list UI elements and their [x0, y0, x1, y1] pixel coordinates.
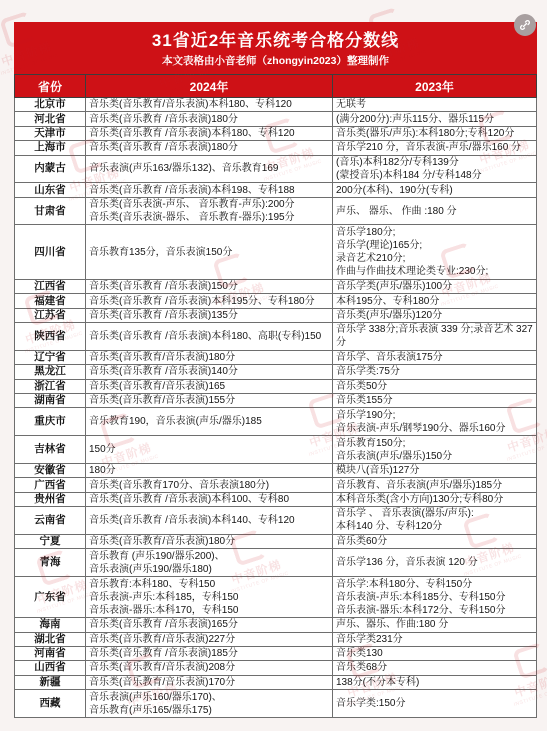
province-cell: 甘肃省 [15, 197, 86, 225]
column-header-2024: 2024年 [86, 75, 333, 98]
table-row: 河北省音乐类(音乐教育 /音乐表演)180分(满分200分):声乐115分、器乐… [15, 112, 537, 126]
cell-line: 音乐类(音乐教育 /音乐表演)185分 [89, 647, 329, 660]
cell-line: 音乐类(音乐教育 /音乐表演)本科180、专科120 [89, 127, 329, 140]
page-title: 31省近2年音乐统考合格分数线 [18, 30, 533, 52]
cell-line: 音乐教育:本科180、专科150 [89, 578, 329, 591]
table-row: 江西省音乐类(音乐教育 /音乐表演)150分音乐学类(声乐/器乐)100分 [15, 279, 537, 293]
score-2023-cell: 音乐学类231分 [333, 632, 537, 646]
cell-line: 音乐学136 分，音乐表演 120 分 [336, 556, 533, 569]
score-2024-cell: 音乐类(音乐教育 /音乐表演)185分 [86, 646, 333, 660]
score-2024-cell: 音乐表演(声乐160/器乐170)、音乐教育(声乐165/器乐175) [86, 690, 333, 718]
province-cell: 浙江省 [15, 379, 86, 393]
table-row: 福建省音乐类(音乐教育 /音乐表演)本科195分、专科180分本科195分、专科… [15, 294, 537, 308]
score-table: 省份 2024年 2023年 北京市音乐类(音乐教育/音乐表演)本科180、专科… [14, 74, 537, 718]
score-2023-cell: 音乐学180分;音乐学(理论)165分;录音艺术210分;作曲与作曲技术理论类专… [333, 225, 537, 279]
cell-line: (满分200分):声乐115分、器乐115分 [336, 113, 533, 126]
cell-line: 音乐学类:75分 [336, 365, 533, 378]
score-2024-cell: 音乐类(音乐教育 /音乐表演)本科100、专科80 [86, 492, 333, 506]
cell-line: 音乐类(音乐表演-器乐、 音乐教育-器乐):195分 [89, 211, 329, 224]
score-2023-cell: 无联考 [333, 98, 537, 112]
table-row: 甘肃省音乐类(音乐表演-声乐、 音乐教育-声乐):200分音乐类(音乐表演-器乐… [15, 197, 537, 225]
score-2024-cell: 150分 [86, 436, 333, 464]
province-cell: 广西省 [15, 478, 86, 492]
score-2023-cell: (满分200分):声乐115分、器乐115分 [333, 112, 537, 126]
score-table-grid: 省份 2024年 2023年 北京市音乐类(音乐教育/音乐表演)本科180、专科… [14, 74, 537, 718]
cell-line: 200分(本科)、190分(专科) [336, 184, 533, 197]
cell-line: 作曲与作曲技术理论类专业:230分; [336, 265, 533, 278]
score-2024-cell: 音乐类(音乐教育 /音乐表演)135分 [86, 308, 333, 322]
score-2024-cell: 音乐类(音乐教育/音乐表演)155分 [86, 394, 333, 408]
table-row: 云南省音乐类(音乐教育 /音乐表演)本科140、专科120音乐学 、 音乐表演(… [15, 507, 537, 535]
score-2024-cell: 音乐类(音乐教育 /音乐表演)180分 [86, 141, 333, 155]
score-2023-cell: 音乐学210 分，音乐表演-声乐/器乐160 分 [333, 141, 537, 155]
province-cell: 贵州省 [15, 492, 86, 506]
cell-line: 音乐学类(声乐/器乐)100分 [336, 280, 533, 293]
score-2023-cell: 音乐类155分 [333, 394, 537, 408]
score-2024-cell: 180分 [86, 463, 333, 477]
province-cell: 重庆市 [15, 408, 86, 436]
cell-line: 音乐类(音乐教育 /音乐表演)140分 [89, 365, 329, 378]
table-row: 重庆市音乐教育190，音乐表演(声乐/器乐)185音乐学190分;音乐表演-声乐… [15, 408, 537, 436]
link-icon [519, 19, 531, 31]
score-2023-cell: 音乐类68分 [333, 661, 537, 675]
score-2023-cell: 138分(不分本专科) [333, 675, 537, 689]
column-header-province: 省份 [15, 75, 86, 98]
table-row: 贵州省音乐类(音乐教育 /音乐表演)本科100、专科80本科音乐类(含小方向)1… [15, 492, 537, 506]
table-row: 河南省音乐类(音乐教育 /音乐表演)185分音乐类130 [15, 646, 537, 660]
province-cell: 新疆 [15, 675, 86, 689]
score-2024-cell: 音乐类(音乐教育/音乐表演)227分 [86, 632, 333, 646]
score-2024-cell: 音乐类(音乐教育 /音乐表演)本科195分、专科180分 [86, 294, 333, 308]
province-cell: 云南省 [15, 507, 86, 535]
score-2024-cell: 音乐教育:本科180、专科150音乐表演-声乐:本科185，专科150音乐表演-… [86, 576, 333, 617]
score-2023-cell: 音乐教育150分;音乐表演(声乐/器乐)150分 [333, 436, 537, 464]
table-row: 新疆音乐类(音乐教育/音乐表演)170分138分(不分本专科) [15, 675, 537, 689]
table-header-row: 省份 2024年 2023年 [15, 75, 537, 98]
cell-line: 音乐学180分; [336, 226, 533, 239]
score-2024-cell: 音乐教育 (声乐190/器乐200)、音乐表演(声乐190/器乐180) [86, 549, 333, 577]
score-2024-cell: 音乐类(音乐教育 /音乐表演)本科180、专科120 [86, 126, 333, 140]
table-row: 黑龙江音乐类(音乐教育 /音乐表演)140分音乐学类:75分 [15, 365, 537, 379]
score-2024-cell: 音乐类(音乐教育/音乐表演)本科180、专科120 [86, 98, 333, 112]
cell-line: 音乐类130 [336, 647, 533, 660]
cell-line: 音乐类50分 [336, 380, 533, 393]
province-cell: 河北省 [15, 112, 86, 126]
table-row: 辽宁省音乐类(音乐教育/音乐表演)180分音乐学、音乐表演175分 [15, 350, 537, 364]
score-2024-cell: 音乐类(音乐教育/音乐表演)208分 [86, 661, 333, 675]
province-cell: 内蒙古 [15, 155, 86, 183]
province-cell: 湖北省 [15, 632, 86, 646]
score-2023-cell: 音乐学 、 音乐表演(器乐/声乐):本科140 分、专科120分 [333, 507, 537, 535]
score-2024-cell: 音乐类(音乐教育/音乐表演)165 [86, 379, 333, 393]
table-row: 海南音乐类(音乐教育 /音乐表演)165分声乐、器乐、作曲:180 分 [15, 618, 537, 632]
cell-line: 音乐教育(声乐165/器乐175) [89, 704, 329, 717]
table-row: 天津市音乐类(音乐教育 /音乐表演)本科180、专科120音乐类(器乐/声乐):… [15, 126, 537, 140]
cell-line: 音乐类(音乐教育 /音乐表演)本科100、专科80 [89, 493, 329, 506]
cell-line: 音乐学(理论)165分; [336, 239, 533, 252]
cell-line: 音乐表演-器乐:本科172分、专科150分 [336, 604, 533, 617]
score-2023-cell: 音乐学136 分，音乐表演 120 分 [333, 549, 537, 577]
score-2023-cell: 音乐学、音乐表演175分 [333, 350, 537, 364]
cell-line: 音乐类(音乐教育/音乐表演)170分 [89, 676, 329, 689]
cell-line: 180分 [89, 464, 329, 477]
score-2023-cell: 音乐学:本科180分、专科150分音乐表演-声乐:本科185分、专科150分音乐… [333, 576, 537, 617]
cell-line: 音乐学类:150分 [336, 697, 533, 710]
province-cell: 湖南省 [15, 394, 86, 408]
score-2024-cell: 音乐类(音乐教育 /音乐表演)本科140、专科120 [86, 507, 333, 535]
score-2024-cell: 音乐教育135分，音乐表演150分 [86, 225, 333, 279]
score-2024-cell: 音乐类(音乐教育 /音乐表演)本科198、专科188 [86, 183, 333, 197]
score-2023-cell: 本科195分、专科180分 [333, 294, 537, 308]
cell-line: 音乐表演-器乐:本科170，专科150 [89, 604, 329, 617]
score-2023-cell: 音乐教育、音乐表演(声乐/器乐)185分 [333, 478, 537, 492]
cell-line: 音乐教育190，音乐表演(声乐/器乐)185 [89, 415, 329, 428]
cell-line: 音乐类(音乐教育/音乐表演)180分 [89, 535, 329, 548]
cell-line: 音乐类(声乐/器乐)120分 [336, 309, 533, 322]
score-2023-cell: 音乐学类(声乐/器乐)100分 [333, 279, 537, 293]
score-2023-cell: 音乐学190分;音乐表演-声乐/钢琴190分、器乐160分 [333, 408, 537, 436]
score-2024-cell: 音乐类(音乐教育 /音乐表演)165分 [86, 618, 333, 632]
score-2023-cell: 声乐、 器乐、 作曲 :180 分 [333, 197, 537, 225]
province-cell: 山西省 [15, 661, 86, 675]
score-2024-cell: 音乐类(音乐教育/音乐表演)180分 [86, 350, 333, 364]
table-row: 北京市音乐类(音乐教育/音乐表演)本科180、专科120无联考 [15, 98, 537, 112]
cell-line: 音乐学190分; [336, 409, 533, 422]
province-cell: 天津市 [15, 126, 86, 140]
province-cell: 吉林省 [15, 436, 86, 464]
column-header-2023: 2023年 [333, 75, 537, 98]
cell-line: 音乐类(音乐表演-声乐、 音乐教育-声乐):200分 [89, 198, 329, 211]
share-link-button[interactable] [514, 14, 536, 36]
cell-line: 音乐类(音乐教育/音乐表演)227分 [89, 633, 329, 646]
score-2024-cell: 音乐类(音乐教育 /音乐表演)150分 [86, 279, 333, 293]
province-cell: 江苏省 [15, 308, 86, 322]
cell-line: 音乐表演(声乐160/器乐170)、 [89, 691, 329, 704]
table-row: 湖南省音乐类(音乐教育/音乐表演)155分音乐类155分 [15, 394, 537, 408]
table-row: 广东省音乐教育:本科180、专科150音乐表演-声乐:本科185，专科150音乐… [15, 576, 537, 617]
cell-line: 150分 [89, 443, 329, 456]
cell-line: 音乐类(音乐教育 /音乐表演)180分 [89, 141, 329, 154]
cell-line: 音乐类(音乐教育 /音乐表演)180分 [89, 113, 329, 126]
table-row: 山西省音乐类(音乐教育/音乐表演)208分音乐类68分 [15, 661, 537, 675]
table-row: 陕西省音乐类(音乐教育 /音乐表演)本科180、高职(专科)150音乐学 338… [15, 323, 537, 351]
cell-line: (蒙授音乐)本科184 分/专科148分 [336, 169, 533, 182]
score-2024-cell: 音乐类(音乐教育170分、音乐表演180分) [86, 478, 333, 492]
cell-line: (音乐)本科182分/专科139分 [336, 156, 533, 169]
province-cell: 陕西省 [15, 323, 86, 351]
cell-line: 音乐表演(声乐/器乐)150分 [336, 450, 533, 463]
score-2024-cell: 音乐表演(声乐163/器乐132)、音乐教育169 [86, 155, 333, 183]
cell-line: 本科音乐类(含小方向)130分;专科80分 [336, 493, 533, 506]
cell-line: 录音艺术210分; [336, 252, 533, 265]
cell-line: 音乐表演(声乐163/器乐132)、音乐教育169 [89, 162, 329, 175]
score-2024-cell: 音乐教育190，音乐表演(声乐/器乐)185 [86, 408, 333, 436]
province-cell: 海南 [15, 618, 86, 632]
score-2023-cell: (音乐)本科182分/专科139分(蒙授音乐)本科184 分/专科148分 [333, 155, 537, 183]
province-cell: 广东省 [15, 576, 86, 617]
cell-line: 音乐类(器乐/声乐):本科180分;专科120分 [336, 127, 533, 140]
table-row: 青海音乐教育 (声乐190/器乐200)、音乐表演(声乐190/器乐180)音乐… [15, 549, 537, 577]
cell-line: 音乐教育150分; [336, 437, 533, 450]
table-row: 安徽省180分模块八(音乐)127分 [15, 463, 537, 477]
province-cell: 四川省 [15, 225, 86, 279]
score-2023-cell: 音乐类60分 [333, 534, 537, 548]
cell-line: 音乐表演(声乐190/器乐180) [89, 563, 329, 576]
cell-line: 音乐类(音乐教育 /音乐表演)本科180、高职(专科)150 [89, 330, 329, 343]
province-cell: 上海市 [15, 141, 86, 155]
cell-line: 138分(不分本专科) [336, 676, 533, 689]
table-row: 上海市音乐类(音乐教育 /音乐表演)180分音乐学210 分，音乐表演-声乐/器… [15, 141, 537, 155]
cell-line: 音乐学、音乐表演175分 [336, 351, 533, 364]
score-2023-cell: 200分(本科)、190分(专科) [333, 183, 537, 197]
table-row: 西藏音乐表演(声乐160/器乐170)、音乐教育(声乐165/器乐175)音乐学… [15, 690, 537, 718]
cell-line: 音乐类(音乐教育/音乐表演)165 [89, 380, 329, 393]
score-2023-cell: 音乐学类:75分 [333, 365, 537, 379]
cell-line: 音乐学 、 音乐表演(器乐/声乐): [336, 507, 533, 520]
score-2023-cell: 音乐学 338分;音乐表演 339 分;录音艺术 327分 [333, 323, 537, 351]
score-2024-cell: 音乐类(音乐教育 /音乐表演)本科180、高职(专科)150 [86, 323, 333, 351]
cell-line: 本科195分、专科180分 [336, 295, 533, 308]
cell-line: 音乐类(音乐教育/音乐表演)155分 [89, 394, 329, 407]
table-row: 山东省音乐类(音乐教育 /音乐表演)本科198、专科188200分(本科)、19… [15, 183, 537, 197]
score-2023-cell: 音乐类(器乐/声乐):本科180分;专科120分 [333, 126, 537, 140]
score-2024-cell: 音乐类(音乐教育/音乐表演)180分 [86, 534, 333, 548]
province-cell: 辽宁省 [15, 350, 86, 364]
cell-line: 声乐、 器乐、 作曲 :180 分 [336, 205, 533, 218]
table-row: 江苏省音乐类(音乐教育 /音乐表演)135分音乐类(声乐/器乐)120分 [15, 308, 537, 322]
table-row: 四川省音乐教育135分，音乐表演150分音乐学180分;音乐学(理论)165分;… [15, 225, 537, 279]
table-row: 吉林省150分音乐教育150分;音乐表演(声乐/器乐)150分 [15, 436, 537, 464]
table-row: 内蒙古音乐表演(声乐163/器乐132)、音乐教育169(音乐)本科182分/专… [15, 155, 537, 183]
province-cell: 江西省 [15, 279, 86, 293]
cell-line: 音乐教育、音乐表演(声乐/器乐)185分 [336, 479, 533, 492]
cell-line: 音乐类(音乐教育 /音乐表演)本科195分、专科180分 [89, 295, 329, 308]
cell-line: 音乐类(音乐教育 /音乐表演)165分 [89, 618, 329, 631]
province-cell: 黑龙江 [15, 365, 86, 379]
score-2023-cell: 音乐学类:150分 [333, 690, 537, 718]
cell-line: 音乐学210 分，音乐表演-声乐/器乐160 分 [336, 141, 533, 154]
score-2024-cell: 音乐类(音乐教育/音乐表演)170分 [86, 675, 333, 689]
score-2023-cell: 音乐类(声乐/器乐)120分 [333, 308, 537, 322]
province-cell: 宁夏 [15, 534, 86, 548]
province-cell: 河南省 [15, 646, 86, 660]
cell-line: 声乐、器乐、作曲:180 分 [336, 618, 533, 631]
score-2023-cell: 音乐类130 [333, 646, 537, 660]
cell-line: 音乐类155分 [336, 394, 533, 407]
score-2023-cell: 本科音乐类(含小方向)130分;专科80分 [333, 492, 537, 506]
cell-line: 音乐类(音乐教育/音乐表演)180分 [89, 351, 329, 364]
cell-line: 音乐类(音乐教育/音乐表演)本科180、专科120 [89, 98, 329, 111]
score-2024-cell: 音乐类(音乐教育 /音乐表演)180分 [86, 112, 333, 126]
cell-line: 无联考 [336, 98, 533, 111]
cell-line: 音乐类60分 [336, 535, 533, 548]
table-row: 湖北省音乐类(音乐教育/音乐表演)227分音乐学类231分 [15, 632, 537, 646]
cell-line: 音乐类(音乐教育 /音乐表演)150分 [89, 280, 329, 293]
cell-line: 音乐类(音乐教育 /音乐表演)本科198、专科188 [89, 184, 329, 197]
cell-line: 模块八(音乐)127分 [336, 464, 533, 477]
score-2023-cell: 音乐类50分 [333, 379, 537, 393]
table-row: 广西省音乐类(音乐教育170分、音乐表演180分)音乐教育、音乐表演(声乐/器乐… [15, 478, 537, 492]
cell-line: 音乐教育135分，音乐表演150分 [89, 246, 329, 259]
cell-line: 音乐表演-声乐:本科185，专科150 [89, 591, 329, 604]
cell-line: 音乐类(音乐教育/音乐表演)208分 [89, 661, 329, 674]
province-cell: 山东省 [15, 183, 86, 197]
province-cell: 青海 [15, 549, 86, 577]
cell-line: 音乐学:本科180分、专科150分 [336, 578, 533, 591]
table-row: 浙江省音乐类(音乐教育/音乐表演)165音乐类50分 [15, 379, 537, 393]
score-2023-cell: 声乐、器乐、作曲:180 分 [333, 618, 537, 632]
province-cell: 福建省 [15, 294, 86, 308]
cell-line: 本科140 分、专科120分 [336, 520, 533, 533]
score-2024-cell: 音乐类(音乐教育 /音乐表演)140分 [86, 365, 333, 379]
cell-line: 音乐教育 (声乐190/器乐200)、 [89, 550, 329, 563]
cell-line: 音乐类(音乐教育 /音乐表演)本科140、专科120 [89, 514, 329, 527]
province-cell: 北京市 [15, 98, 86, 112]
cell-line: 音乐类(音乐教育170分、音乐表演180分) [89, 479, 329, 492]
cell-line: 音乐表演-声乐/钢琴190分、器乐160分 [336, 422, 533, 435]
province-cell: 安徽省 [15, 463, 86, 477]
page-background: 31省近2年音乐统考合格分数线 本文表格由小音老师（zhongyin2023）整… [0, 0, 547, 731]
cell-line: 音乐表演-声乐:本科185分、专科150分 [336, 591, 533, 604]
score-2024-cell: 音乐类(音乐表演-声乐、 音乐教育-声乐):200分音乐类(音乐表演-器乐、 音… [86, 197, 333, 225]
province-cell: 西藏 [15, 690, 86, 718]
cell-line: 音乐学类231分 [336, 633, 533, 646]
score-2023-cell: 模块八(音乐)127分 [333, 463, 537, 477]
cell-line: 音乐类(音乐教育 /音乐表演)135分 [89, 309, 329, 322]
table-row: 宁夏音乐类(音乐教育/音乐表演)180分音乐类60分 [15, 534, 537, 548]
score-table-card: 31省近2年音乐统考合格分数线 本文表格由小音老师（zhongyin2023）整… [14, 22, 537, 718]
cell-line: 音乐学 338分;音乐表演 339 分;录音艺术 327分 [336, 323, 533, 349]
page-subtitle: 本文表格由小音老师（zhongyin2023）整理制作 [18, 55, 533, 68]
cell-line: 音乐类68分 [336, 661, 533, 674]
